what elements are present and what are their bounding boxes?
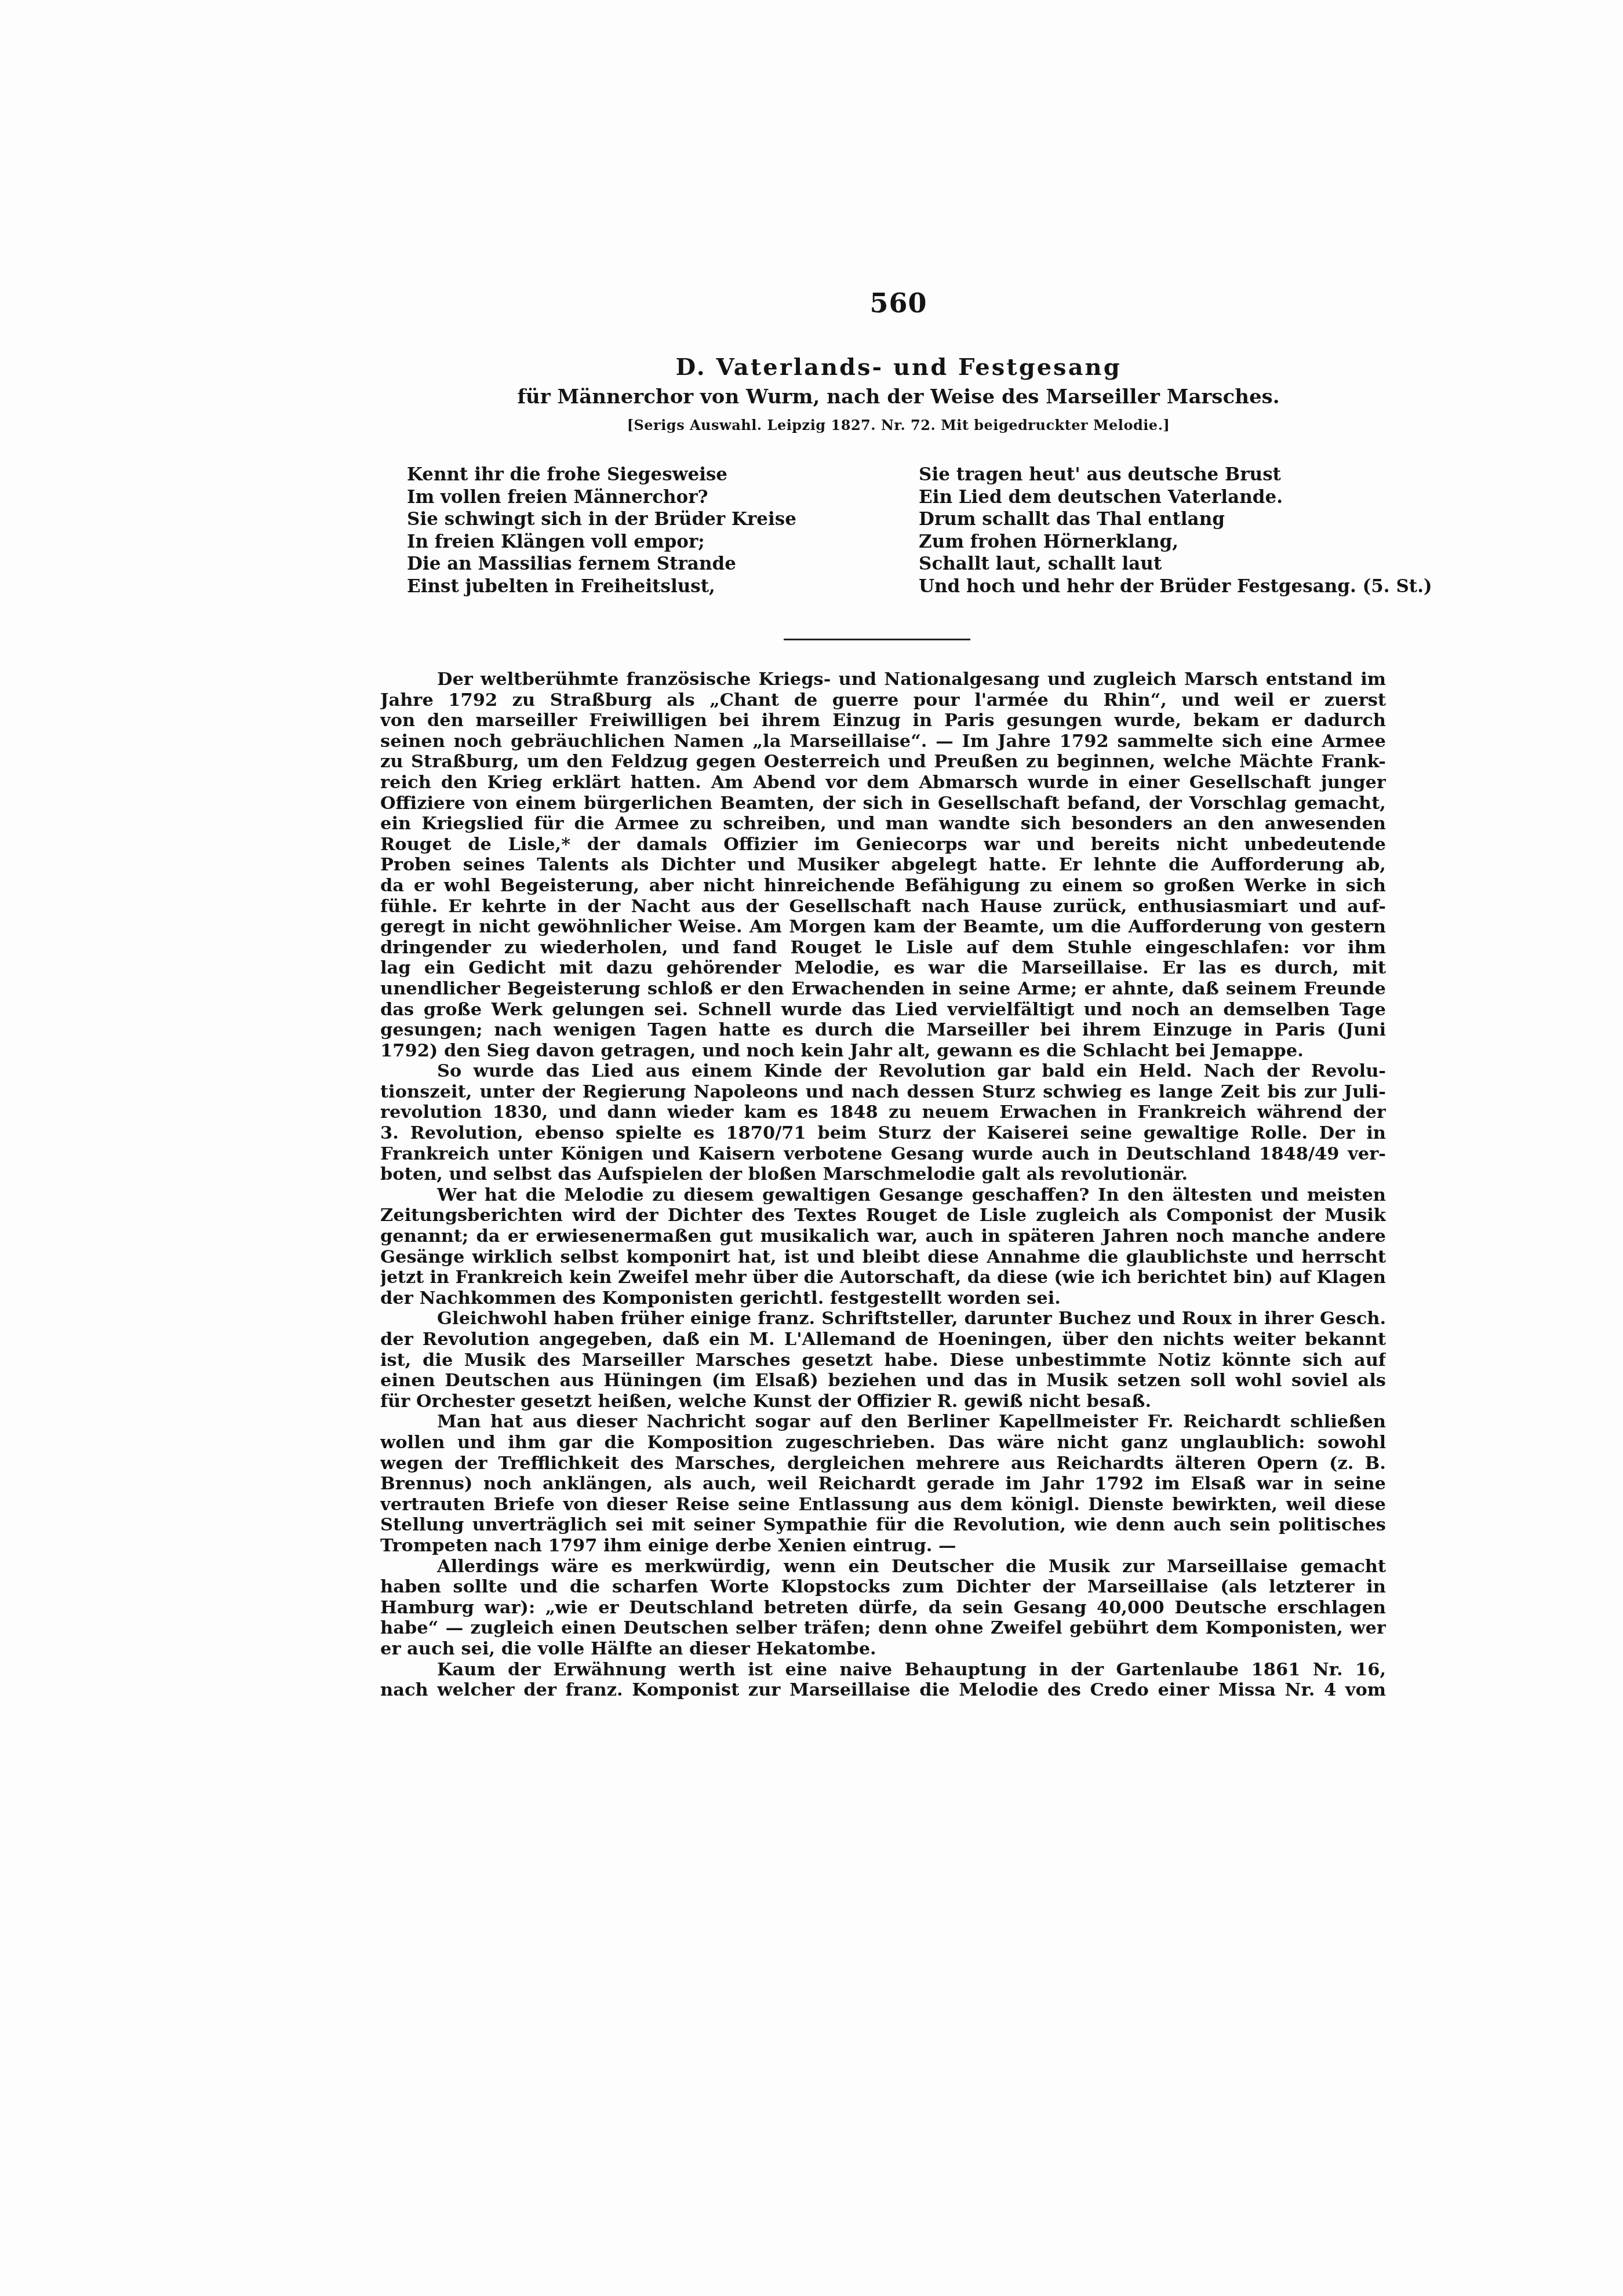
text-line: geregt in nicht gewöhnlicher Weise. Am M… — [380, 917, 1386, 938]
text-line: da er wohl Begeisterung, aber nicht hinr… — [380, 876, 1386, 896]
poem-line: Zum frohen Hörnerklang, — [919, 531, 1432, 553]
text-line: 1792) den Sieg davon getragen, und noch … — [380, 1041, 1386, 1062]
text-line: der Revolution angegeben, daß ein M. L'A… — [380, 1329, 1386, 1350]
poem-line: In freien Klängen voll empor; — [407, 531, 796, 553]
text-line: dringender zu wiederholen, und fand Roug… — [380, 938, 1386, 959]
text-line: Offiziere von einem bürgerlichen Beamten… — [380, 793, 1386, 814]
poem-line: Drum schallt das Thal entlang — [919, 508, 1432, 531]
section-subtitle: für Männerchor von Wurm, nach der Weise … — [348, 385, 1449, 409]
text-line: einen Deutschen aus Hüningen (im Elsaß) … — [380, 1371, 1386, 1391]
text-line: fühle. Er kehrte in der Nacht aus der Ge… — [380, 896, 1386, 917]
text-line: tionszeit, unter der Regierung Napoleons… — [380, 1082, 1386, 1103]
poem-line: Ein Lied dem deutschen Vaterlande. — [919, 486, 1432, 509]
text-line: Gleichwohl haben früher einige franz. Sc… — [380, 1309, 1386, 1329]
text-line: nach welcher der franz. Komponist zur Ma… — [380, 1680, 1386, 1701]
poem-line: Sie tragen heut' aus deutsche Brust — [919, 464, 1432, 486]
text-line: reich den Krieg erklärt hatten. Am Abend… — [380, 772, 1386, 793]
text-line: für Orchester gesetzt heißen, welche Kun… — [380, 1391, 1386, 1412]
text-line: Proben seines Talents als Dichter und Mu… — [380, 855, 1386, 876]
text-line: Trompeten nach 1797 ihm einige derbe Xen… — [380, 1536, 1386, 1557]
poem-line: Und hoch und hehr der Brüder Festgesang.… — [919, 575, 1432, 598]
text-line: Gesänge wirklich selbst komponirt hat, i… — [380, 1247, 1386, 1268]
text-line: von den marseiller Freiwilligen bei ihre… — [380, 710, 1386, 731]
poem-line: Sie schwingt sich in der Brüder Kreise — [407, 508, 796, 531]
text-line: Frankreich unter Königen und Kaisern ver… — [380, 1144, 1386, 1165]
text-line: wollen und ihm gar die Komposition zuges… — [380, 1433, 1386, 1453]
text-line: das große Werk gelungen sei. Schnell wur… — [380, 1000, 1386, 1021]
poem-left-column: Kennt ihr die frohe Siegesweise Im volle… — [407, 464, 796, 597]
text-line: Rouget de Lisle,* der damals Offizier im… — [380, 834, 1386, 855]
text-line: habe“ — zugleich einen Deutschen selber … — [380, 1618, 1386, 1639]
poem-line: Kennt ihr die frohe Siegesweise — [407, 464, 796, 486]
text-line: Zeitungsberichten wird der Dichter des T… — [380, 1205, 1386, 1226]
body-text: Der weltberühmte französische Kriegs- un… — [380, 669, 1386, 1701]
text-line: Man hat aus dieser Nachricht sogar auf d… — [380, 1412, 1386, 1433]
text-line: genannt; da er erwiesenermaßen gut musik… — [380, 1226, 1386, 1247]
text-line: Jahre 1792 zu Straßburg als „Chant de gu… — [380, 690, 1386, 711]
text-line: Kaum der Erwähnung werth ist eine naive … — [380, 1660, 1386, 1681]
poem-line: Schallt laut, schallt laut — [919, 553, 1432, 575]
text-line: revolution 1830, und dann wieder kam es … — [380, 1102, 1386, 1123]
text-line: 3. Revolution, ebenso spielte es 1870/71… — [380, 1123, 1386, 1144]
text-line: Hamburg war): „wie er Deutschland betret… — [380, 1598, 1386, 1619]
text-line: Brennus) noch anklängen, als auch, weil … — [380, 1474, 1386, 1495]
text-line: haben sollte und die scharfen Worte Klop… — [380, 1577, 1386, 1598]
poem-right-column: Sie tragen heut' aus deutsche Brust Ein … — [919, 464, 1432, 597]
text-line: jetzt in Frankreich kein Zweifel mehr üb… — [380, 1267, 1386, 1288]
text-line: seinen noch gebräuchlichen Namen „la Mar… — [380, 731, 1386, 752]
text-line: Stellung unverträglich sei mit seiner Sy… — [380, 1515, 1386, 1536]
text-line: Der weltberühmte französische Kriegs- un… — [380, 669, 1386, 690]
text-line: er auch sei, die volle Hälfte an dieser … — [380, 1639, 1386, 1660]
text-line: vertrauten Briefe von dieser Reise seine… — [380, 1495, 1386, 1515]
section-heading: D. Vaterlands- und Festgesang für Männer… — [348, 353, 1449, 433]
text-line: Wer hat die Melodie zu diesem gewaltigen… — [380, 1185, 1386, 1206]
text-line: ist, die Musik des Marseiller Marsches g… — [380, 1350, 1386, 1371]
poem-line: Die an Massilias fernem Strande — [407, 553, 796, 575]
text-line: lag ein Gedicht mit dazu gehörender Melo… — [380, 958, 1386, 979]
text-line: So wurde das Lied aus einem Kinde der Re… — [380, 1061, 1386, 1082]
poem-line: Im vollen freien Männerchor? — [407, 486, 796, 509]
text-line: boten, und selbst das Aufspielen der blo… — [380, 1164, 1386, 1185]
text-line: unendlicher Begeisterung schloß er den E… — [380, 979, 1386, 1000]
text-line: wegen der Trefflichkeit des Marsches, de… — [380, 1453, 1386, 1474]
text-line: Allerdings wäre es merkwürdig, wenn ein … — [380, 1557, 1386, 1577]
text-line: gesungen; nach wenigen Tagen hatte es du… — [380, 1020, 1386, 1041]
text-line: der Nachkommen des Komponisten gerichtl.… — [380, 1288, 1386, 1309]
section-title: D. Vaterlands- und Festgesang — [348, 353, 1449, 381]
source-citation: [Serigs Auswahl. Leipzig 1827. Nr. 72. M… — [348, 417, 1449, 433]
text-line: ein Kriegslied für die Armee zu schreibe… — [380, 814, 1386, 834]
section-divider — [784, 639, 970, 640]
poem-line: Einst jubelten in Freiheitslust, — [407, 575, 796, 598]
text-line: zu Straßburg, um den Feldzug gegen Oeste… — [380, 752, 1386, 772]
page-number: 560 — [864, 287, 933, 319]
